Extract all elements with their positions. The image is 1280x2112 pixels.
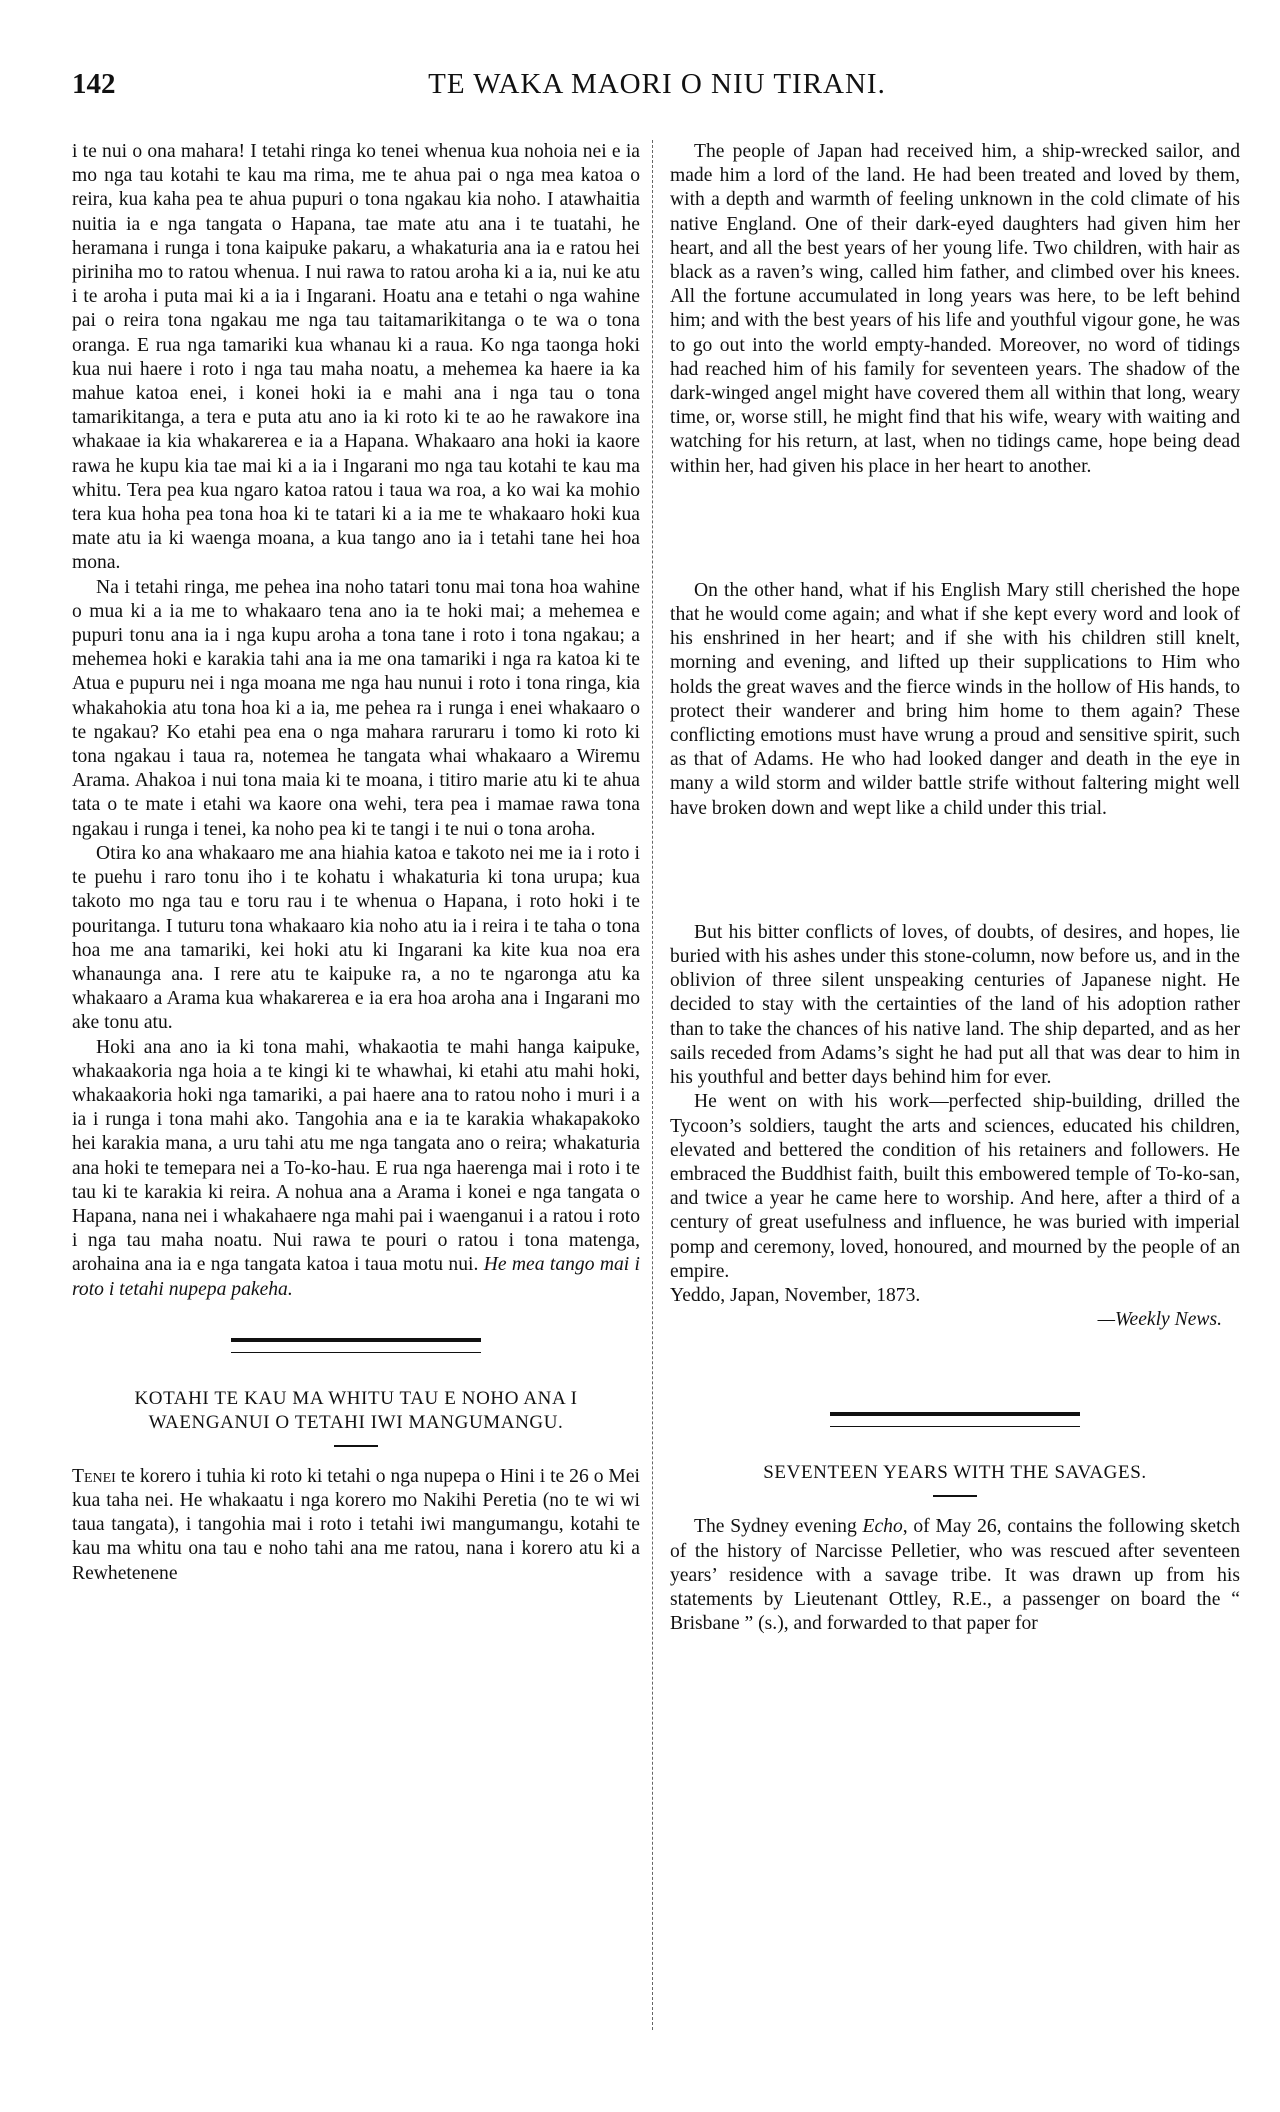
- column-gap: [670, 1332, 1240, 1376]
- section-double-rule: [231, 1338, 481, 1353]
- section-heading: SEVENTEEN YEARS WITH THE SAVAGES.: [670, 1461, 1240, 1485]
- heading-short-rule: [933, 1495, 977, 1497]
- article-paragraph: He went on with his work—perfected ship-…: [670, 1090, 1240, 1284]
- paragraph-text: te korero i tuhia ki roto ki tetahi o ng…: [72, 1466, 640, 1584]
- paragraph-text: Hoki ana ano ia ki tona mahi, whakaotia …: [72, 1037, 640, 1276]
- article-paragraph: But his bitter conflicts of loves, of do…: [670, 921, 1240, 1090]
- paragraph-text: The Sydney evening: [694, 1516, 862, 1537]
- article-paragraph: i te nui o ona mahara! I tetahi ringa ko…: [72, 140, 640, 576]
- article-paragraph: Na i tetahi ringa, me pehea ina noho tat…: [72, 576, 640, 842]
- section-double-rule: [830, 1412, 1080, 1427]
- section-paragraph: Tenei te korero i tuhia ki roto ki tetah…: [72, 1465, 640, 1586]
- column-gap: [670, 479, 1240, 579]
- page-header: 142 TE WAKA MAORI O NIU TIRANI.: [72, 68, 1242, 108]
- section-paragraph: The Sydney evening Echo, of May 26, cont…: [670, 1515, 1240, 1636]
- heading-short-rule: [334, 1445, 378, 1447]
- publication-name: Echo: [862, 1516, 902, 1537]
- article-paragraph: Otira ko ana whakaaro me ana hiahia kato…: [72, 842, 640, 1036]
- article-paragraph: The people of Japan had received him, a …: [670, 140, 1240, 479]
- left-column-maori: i te nui o ona mahara! I tetahi ringa ko…: [72, 140, 640, 1586]
- section-heading: KOTAHI TE KAU MA WHITU TAU E NOHO ANA I …: [72, 1387, 640, 1435]
- article-paragraph: Hoki ana ano ia ki tona mahi, whakaotia …: [72, 1036, 640, 1302]
- column-divider: [652, 140, 654, 2030]
- dateline: Yeddo, Japan, November, 1873.: [670, 1284, 1240, 1308]
- lead-word: Tenei: [72, 1466, 116, 1487]
- article-paragraph: On the other hand, what if his English M…: [670, 579, 1240, 821]
- source-credit: —Weekly News.: [670, 1308, 1240, 1332]
- right-column-english: The people of Japan had received him, a …: [670, 140, 1240, 1636]
- newspaper-title: TE WAKA MAORI O NIU TIRANI.: [72, 68, 1242, 101]
- column-gap: [670, 821, 1240, 921]
